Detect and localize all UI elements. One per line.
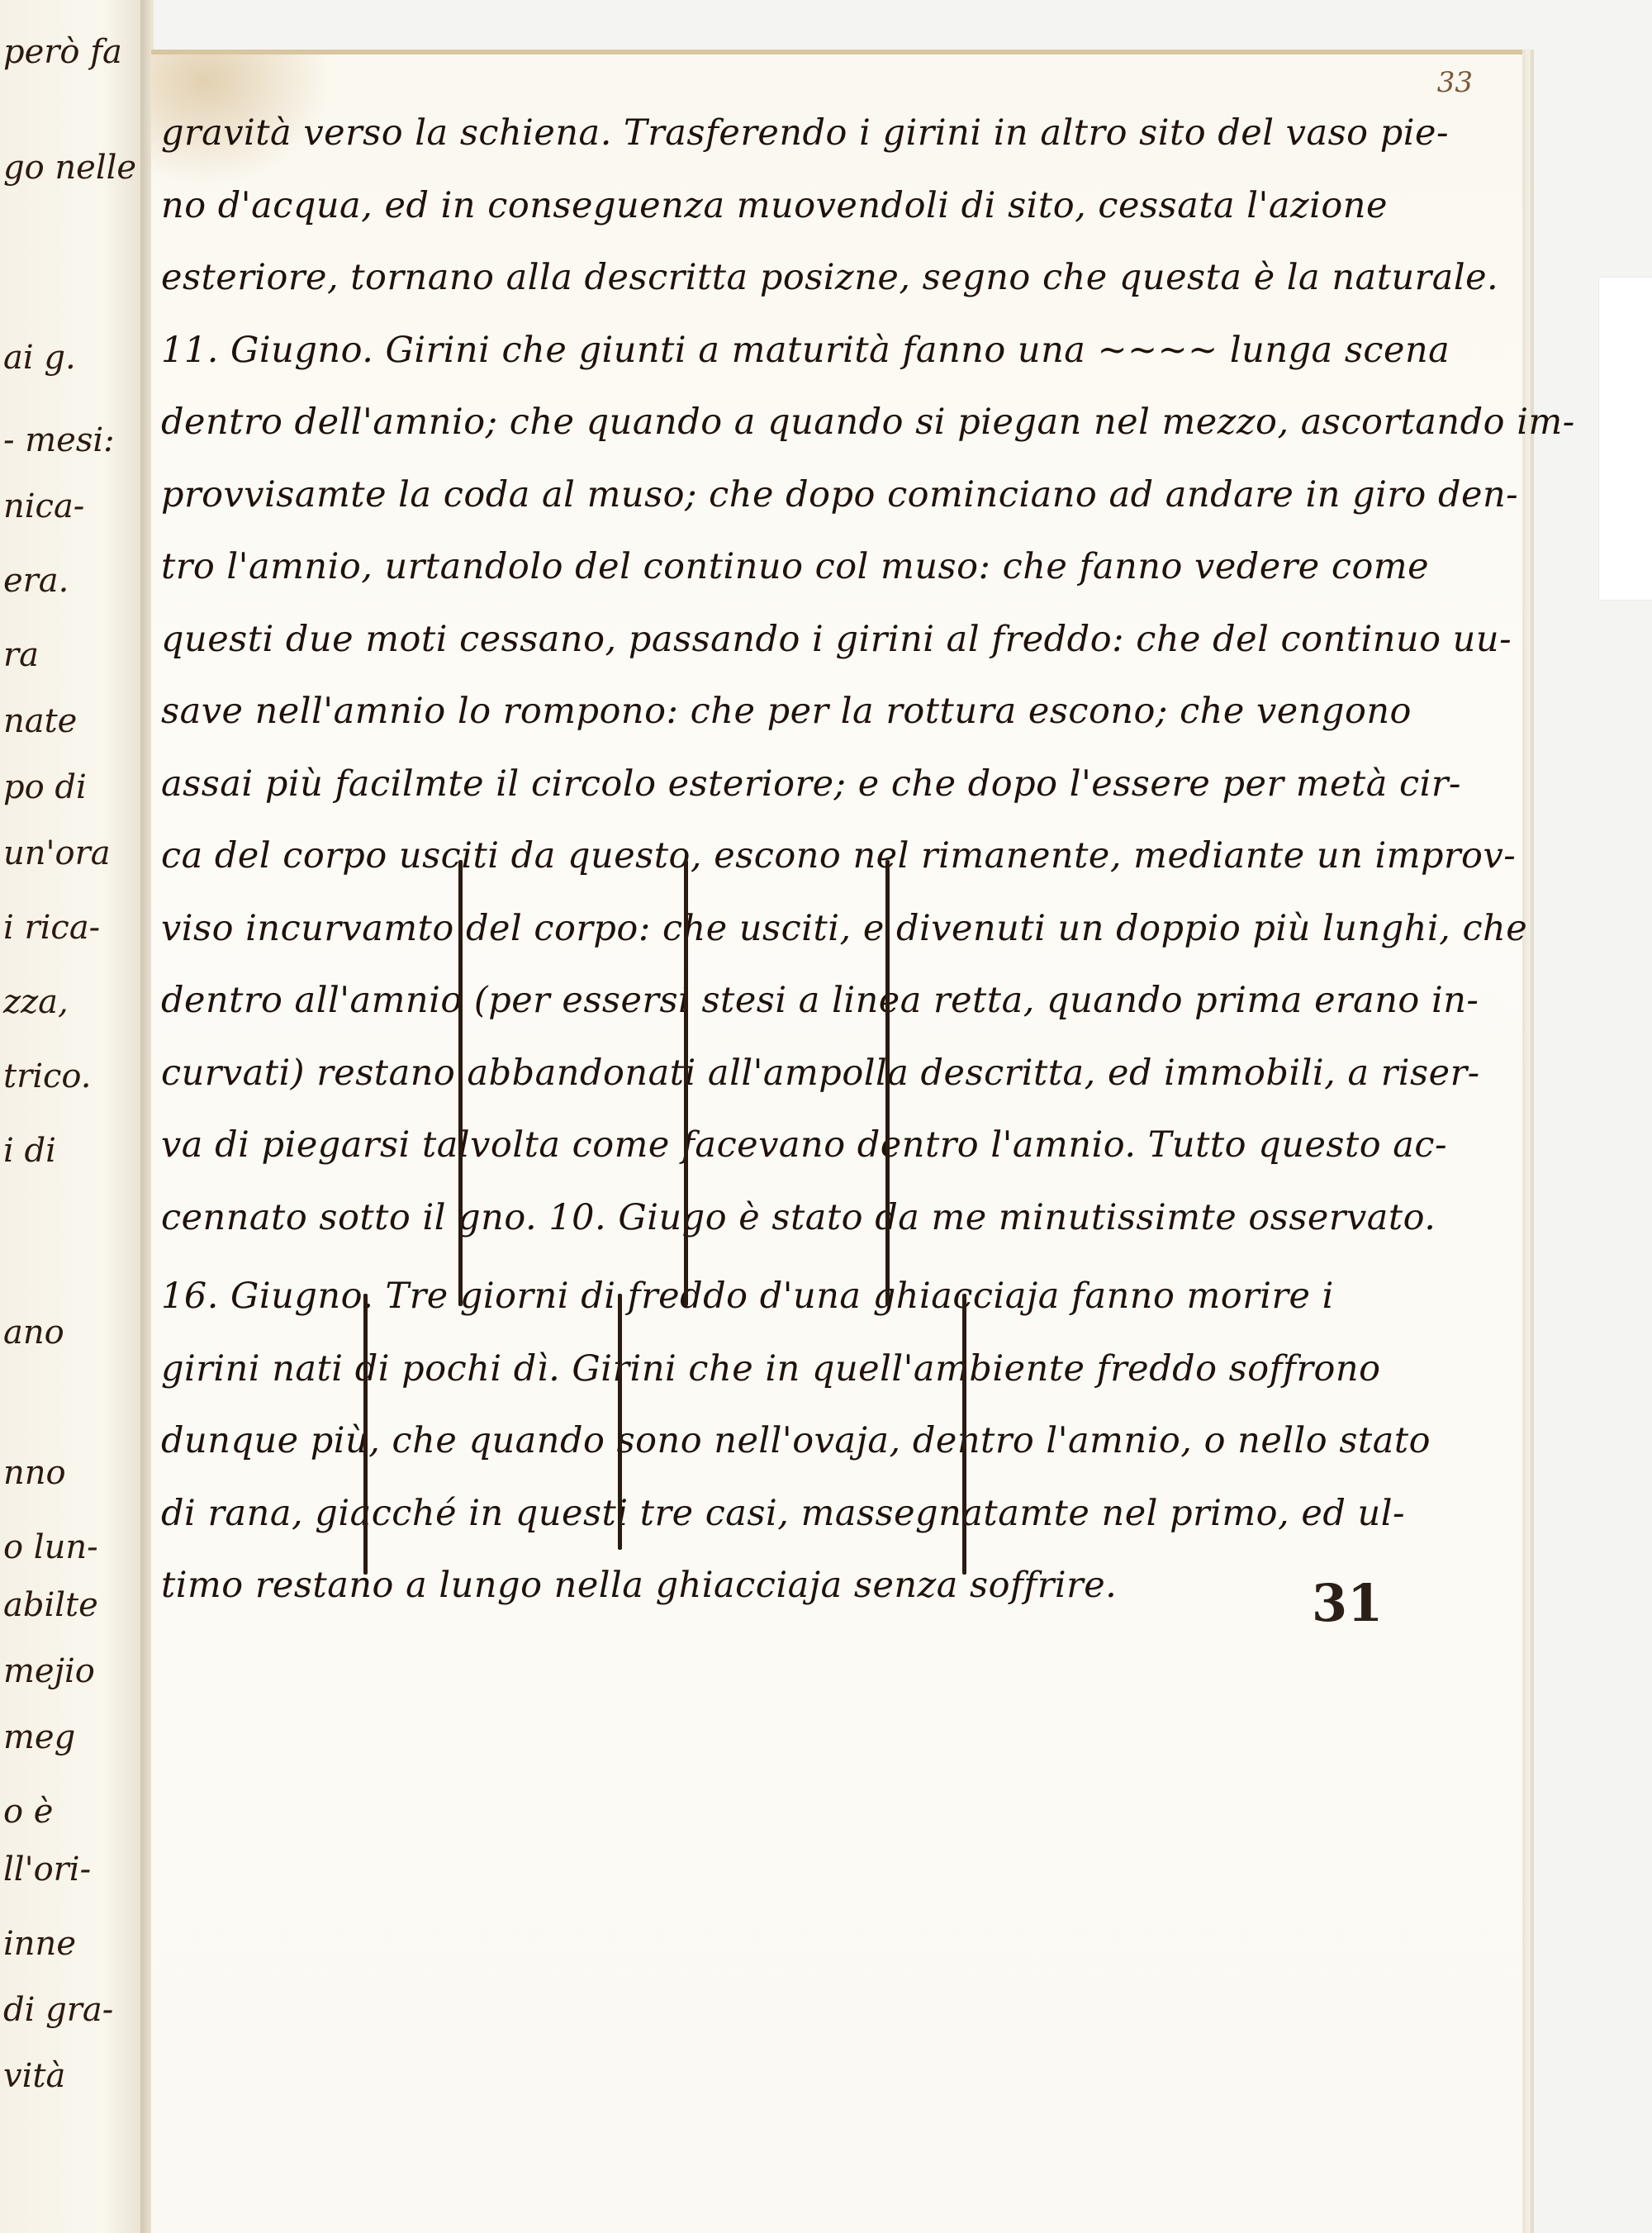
manuscript-line: gravità verso la schiena. Trasferendo i …	[161, 112, 1516, 154]
facing-page-text-fragment: nate	[3, 702, 77, 740]
facing-page-text-fragment: po di	[3, 768, 87, 806]
manuscript-line: questi due moti cessano, passando i giri…	[161, 619, 1516, 660]
manuscript-line: ca del corpo usciti da questo, escono ne…	[161, 835, 1516, 877]
manuscript-line: curvati) restano abbandonati all'ampolla…	[161, 1052, 1516, 1094]
facing-page-text-fragment: ra	[3, 636, 39, 674]
vertical-cancellation-stroke	[363, 1294, 368, 1575]
manuscript-line: assai più facilmte il circolo esteriore;…	[161, 763, 1516, 805]
facing-page-text-fragment: meg	[3, 1718, 75, 1756]
vertical-cancellation-stroke	[684, 860, 688, 1306]
vertical-cancellation-stroke	[618, 1294, 622, 1550]
facing-page-text-fragment: zza,	[3, 983, 69, 1021]
manuscript-line: 11. Giugno. Girini che giunti a maturità…	[161, 330, 1516, 371]
facing-page-fragment: però fago nelleai g.- mesi:nica-era.rana…	[0, 0, 145, 2233]
facing-page-text-fragment: nno	[3, 1454, 66, 1492]
facing-page-text-fragment: vità	[3, 2057, 65, 2095]
manuscript-line: esteriore, tornano alla descritta posizn…	[161, 257, 1516, 298]
manuscript-line: tro l'amnio, urtandolo del continuo col …	[161, 546, 1516, 587]
manuscript-line: provvisamte la coda al muso; che dopo co…	[161, 474, 1516, 515]
facing-page-text-fragment: i di	[3, 1132, 56, 1170]
manuscript-line: no d'acqua, ed in conseguenza muovendoli…	[161, 185, 1516, 226]
vertical-cancellation-stroke	[885, 860, 890, 1306]
facing-page-text-fragment: i rica-	[3, 909, 100, 947]
facing-page-text-fragment: però fa	[3, 33, 122, 71]
manuscript-line: cennato sotto il gno. 10. Giugo è stato …	[161, 1197, 1516, 1238]
facing-page-text-fragment: o è	[3, 1793, 53, 1831]
facing-page-text-fragment: inne	[3, 1925, 76, 1963]
facing-page-text-fragment: abilte	[3, 1586, 98, 1624]
background-paper-strip	[1598, 277, 1652, 601]
facing-page-text-fragment: mejio	[3, 1652, 95, 1690]
manuscript-page: 33 gravità verso la schiena. Trasferendo…	[151, 50, 1522, 2233]
vertical-cancellation-stroke	[458, 860, 463, 1306]
handwritten-text-block: gravità verso la schiena. Trasferendo i …	[151, 55, 1522, 2233]
facing-page-text-fragment: un'ora	[3, 834, 111, 872]
facing-page-text-fragment: era.	[3, 562, 69, 600]
facing-page-text-fragment: nica-	[3, 487, 84, 525]
facing-page-text-fragment: go nelle	[3, 149, 136, 187]
manuscript-line: viso incurvamto del corpo: che usciti, e…	[161, 908, 1516, 949]
facing-page-text-fragment: ano	[3, 1314, 64, 1352]
vertical-cancellation-stroke	[962, 1294, 966, 1575]
facing-page-text-fragment: di gra-	[3, 1991, 113, 2029]
facing-page-text-fragment: o lun-	[3, 1528, 98, 1566]
page-number: 31	[1312, 1573, 1383, 1633]
manuscript-line: dentro all'amnio (per essersi stesi a li…	[161, 980, 1516, 1021]
manuscript-line: dentro dell'amnio; che quando a quando s…	[161, 401, 1516, 443]
facing-page-text-fragment: ll'ori-	[3, 1851, 91, 1889]
facing-page-text-fragment: ai g.	[3, 339, 76, 377]
facing-page-text-fragment: - mesi:	[3, 421, 115, 459]
facing-page-text-fragment: trico.	[3, 1057, 91, 1095]
manuscript-line: save nell'amnio lo rompono: che per la r…	[161, 691, 1516, 732]
manuscript-line: va di piegarsi talvolta come facevano de…	[161, 1124, 1516, 1166]
